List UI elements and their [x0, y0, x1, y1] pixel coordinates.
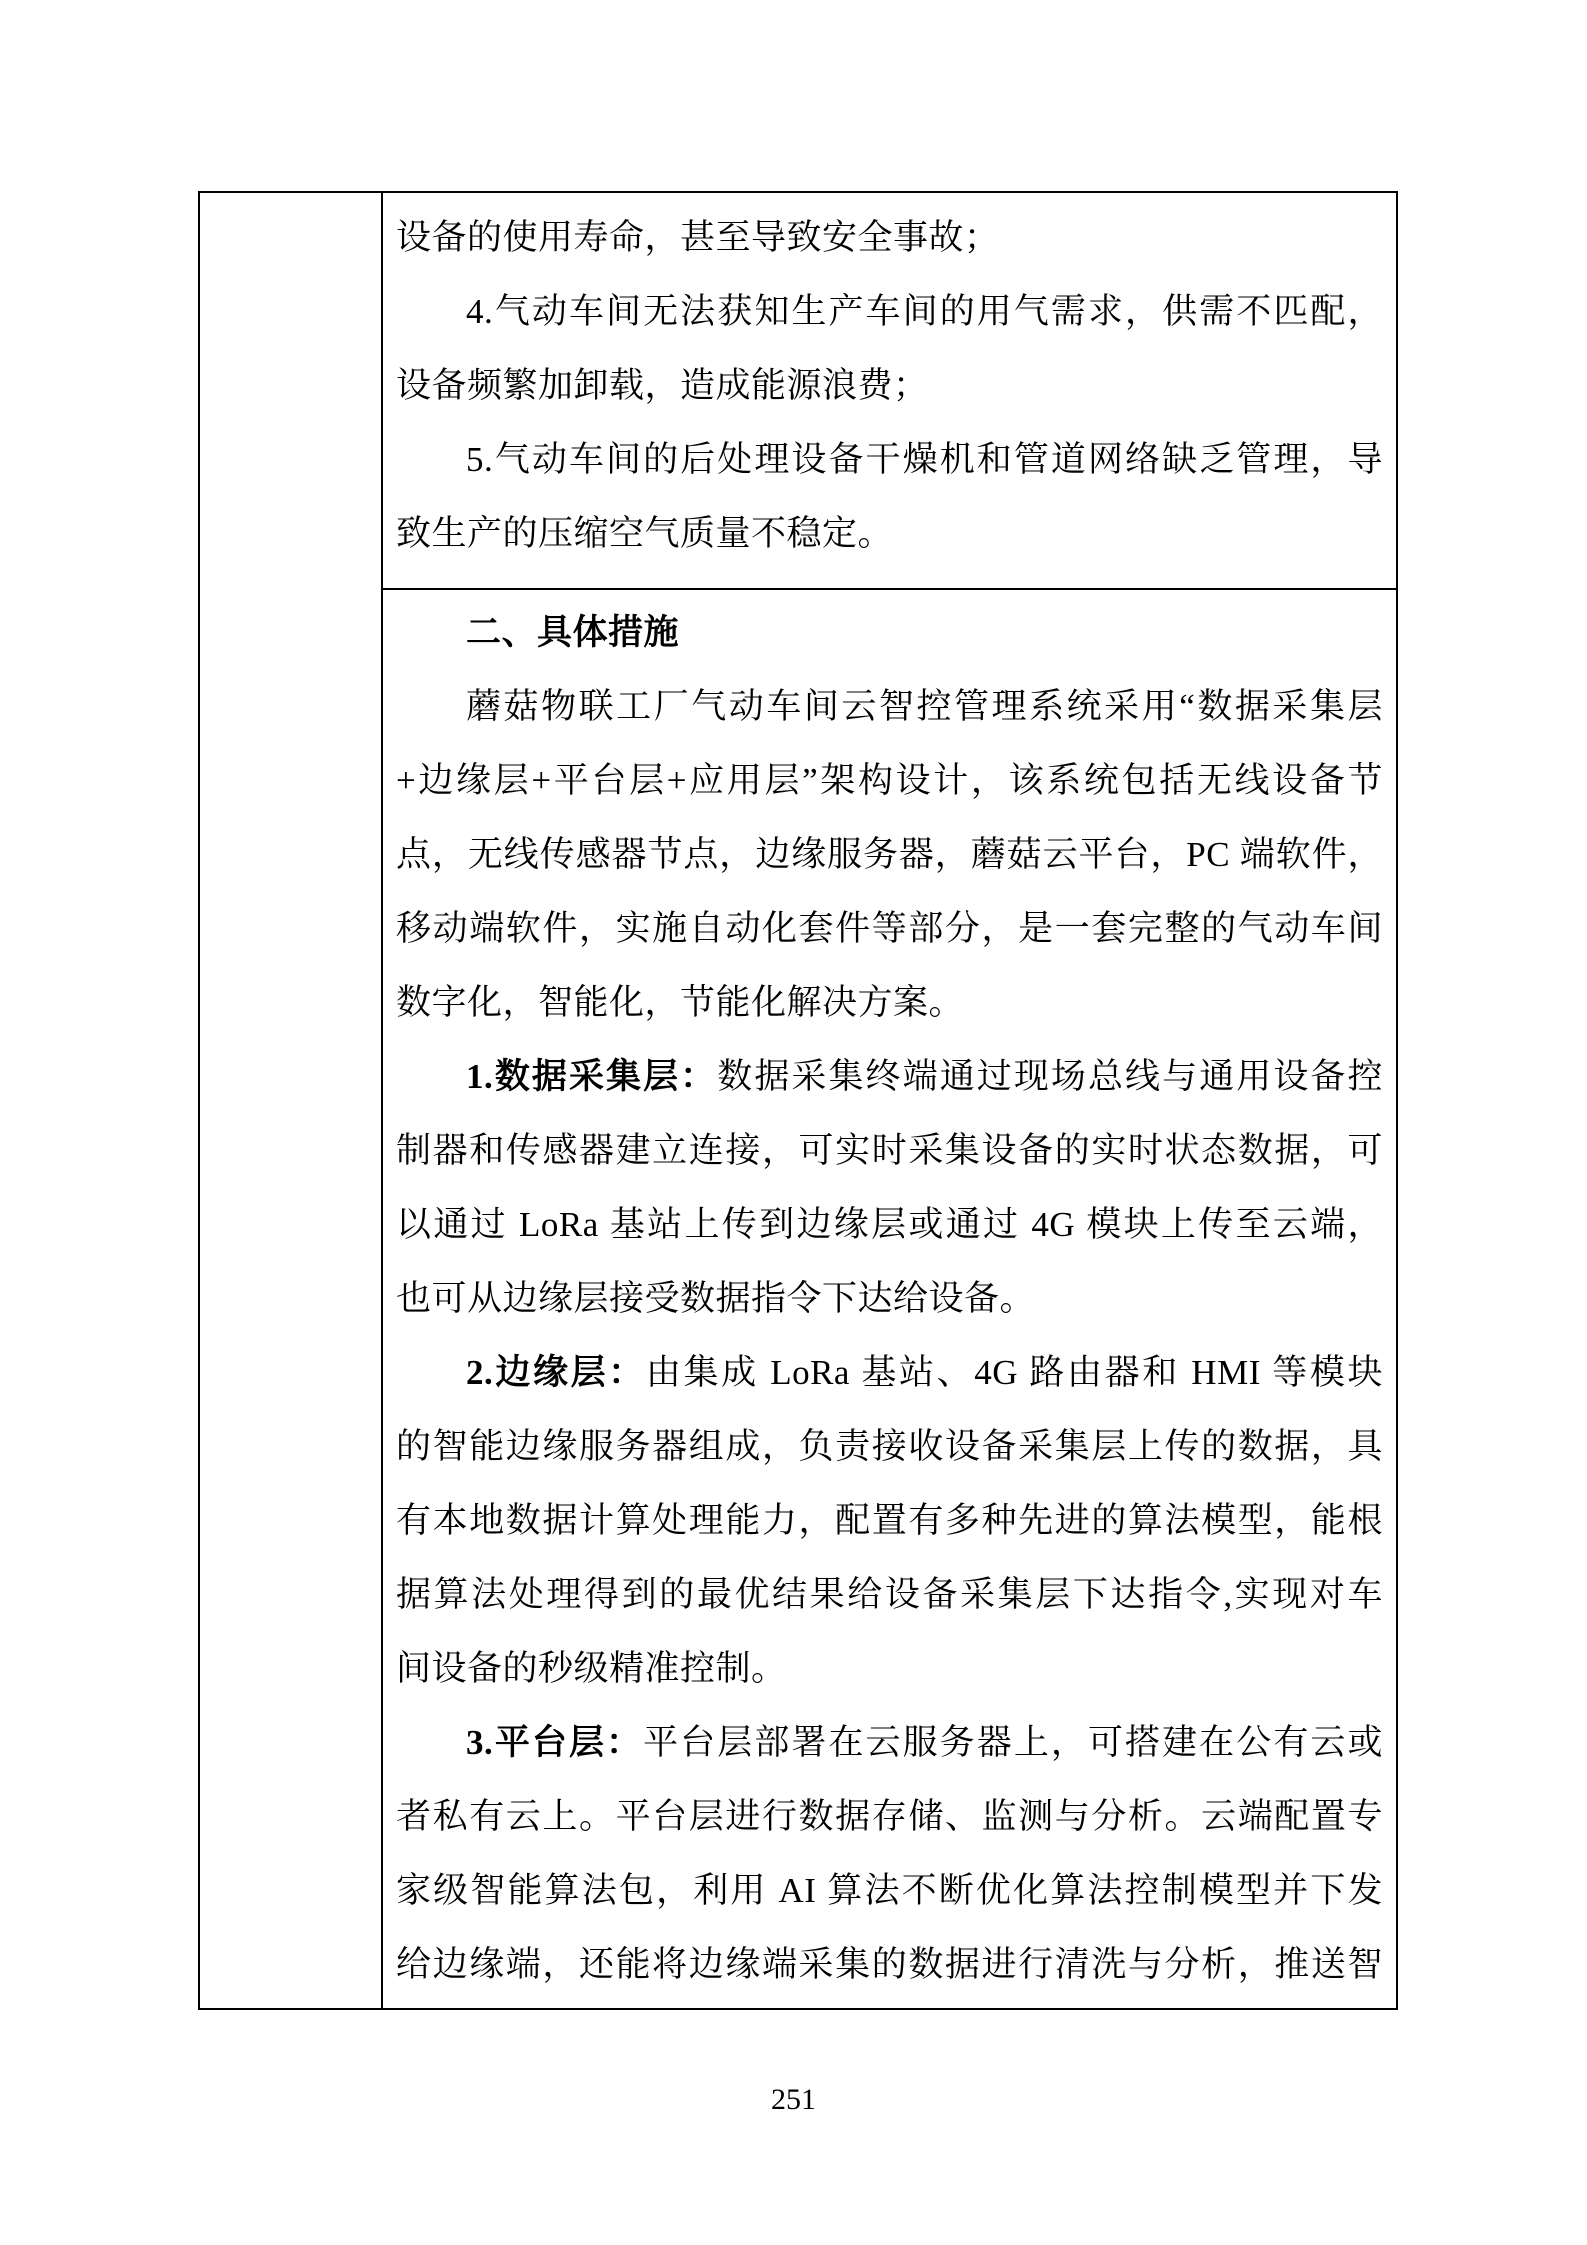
text-line: 给边缘端，还能将边缘端采集的数据进行清洗与分析，推送智: [396, 1928, 1383, 2002]
text-line: 有本地数据计算处理能力，配置有多种先进的算法模型，能根: [396, 1484, 1383, 1558]
text-line: 移动端软件，实施自动化套件等部分，是一套完整的气动车间: [396, 892, 1383, 966]
content-table: 设备的使用寿命，甚至导致安全事故；4.气动车间无法获知生产车间的用气需求，供需不…: [198, 191, 1398, 2010]
table-cell-measures: 二、具体措施蘑菇物联工厂气动车间云智控管理系统采用“数据采集层+边缘层+平台层+…: [383, 590, 1396, 2008]
bold-run: 1.数据采集层：: [466, 1057, 717, 1096]
text-line: 家级智能算法包，利用 AI 算法不断优化算法控制模型并下发: [396, 1854, 1383, 1928]
text-line-with-heading: 3.平台层：平台层部署在云服务器上，可搭建在公有云或: [396, 1706, 1383, 1780]
text-line: 者私有云上。平台层进行数据存储、监测与分析。云端配置专: [396, 1780, 1383, 1854]
page-number: 251: [0, 2082, 1587, 2118]
text-line: 间设备的秒级精准控制。: [396, 1632, 1383, 1706]
text-line-with-heading: 二、具体措施: [396, 596, 1383, 670]
bold-run: 二、具体措施: [466, 613, 679, 652]
bold-run: 2.边缘层：: [466, 1353, 646, 1392]
text-line: 的智能边缘服务器组成，负责接收设备采集层上传的数据，具: [396, 1410, 1383, 1484]
table-left-cell: [200, 193, 383, 2008]
text-line: 据算法处理得到的最优结果给设备采集层下达指令,实现对车: [396, 1558, 1383, 1632]
text-line: +边缘层+平台层+应用层”架构设计，该系统包括无线设备节: [396, 744, 1383, 818]
text-line: 设备的使用寿命，甚至导致安全事故；: [396, 201, 1383, 275]
text-line: 也可从边缘层接受数据指令下达给设备。: [396, 1262, 1383, 1336]
table-right-column: 设备的使用寿命，甚至导致安全事故；4.气动车间无法获知生产车间的用气需求，供需不…: [383, 193, 1396, 2008]
text-line: 5.气动车间的后处理设备干燥机和管道网络缺乏管理，导: [396, 423, 1383, 497]
text-line: 以通过 LoRa 基站上传到边缘层或通过 4G 模块上传至云端，: [396, 1188, 1383, 1262]
text-line: 数字化，智能化，节能化解决方案。: [396, 966, 1383, 1040]
text-line: 蘑菇物联工厂气动车间云智控管理系统采用“数据采集层: [396, 670, 1383, 744]
table-cell-problems-continued: 设备的使用寿命，甚至导致安全事故；4.气动车间无法获知生产车间的用气需求，供需不…: [383, 193, 1396, 590]
text-line: 4.气动车间无法获知生产车间的用气需求，供需不匹配，: [396, 275, 1383, 349]
text-line-with-heading: 2.边缘层：由集成 LoRa 基站、4G 路由器和 HMI 等模块: [396, 1336, 1383, 1410]
text-line: 点，无线传感器节点，边缘服务器，蘑菇云平台，PC 端软件，: [396, 818, 1383, 892]
text-line: 致生产的压缩空气质量不稳定。: [396, 497, 1383, 571]
text-line-with-heading: 1.数据采集层：数据采集终端通过现场总线与通用设备控: [396, 1040, 1383, 1114]
bold-run: 3.平台层：: [466, 1723, 643, 1762]
text-line: 制器和传感器建立连接，可实时采集设备的实时状态数据，可: [396, 1114, 1383, 1188]
text-line: 设备频繁加卸载，造成能源浪费；: [396, 349, 1383, 423]
document-page: { "page": { "number": "251" }, "table": …: [0, 0, 1587, 2245]
